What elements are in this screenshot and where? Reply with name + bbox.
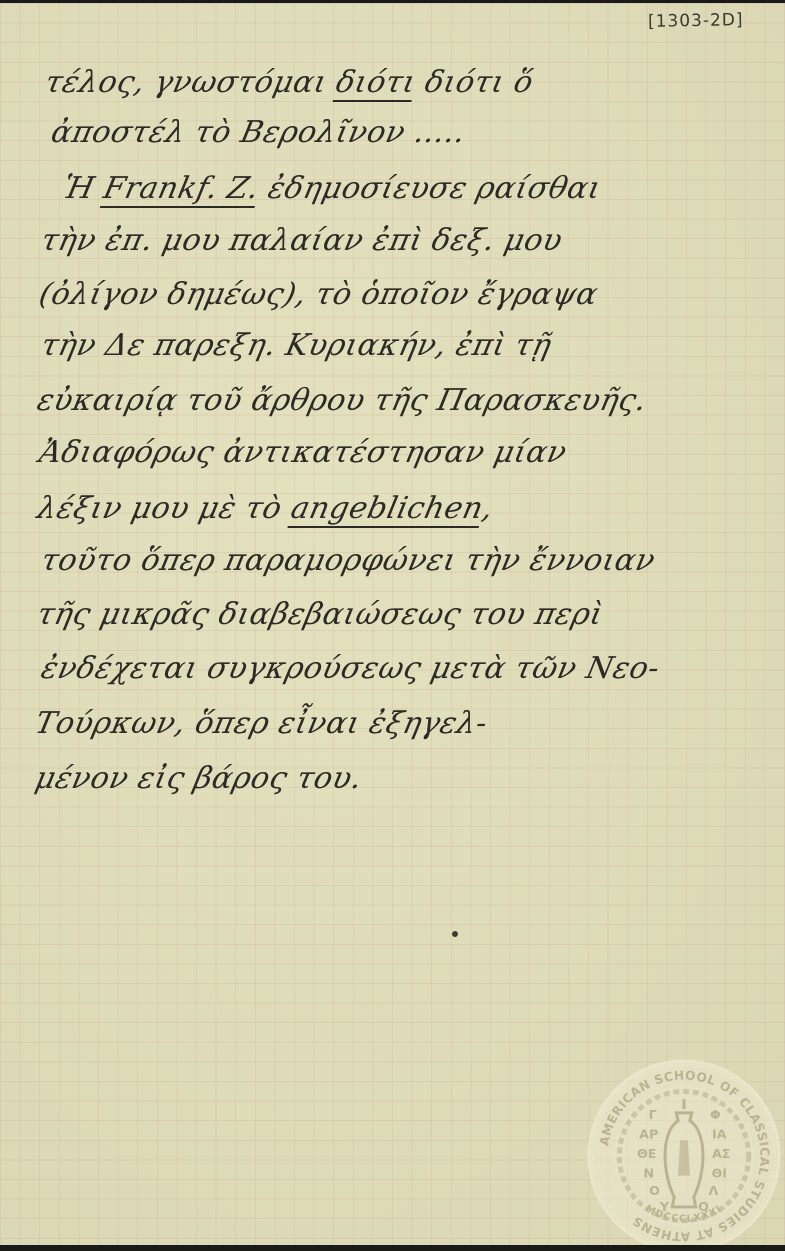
handwritten-line: λέξιν μου μὲ τὸ angeblichen, <box>34 491 497 526</box>
line-text: ἀποστέλ τὸ Βερολῖνον ..... <box>48 115 469 150</box>
document-page: [1303-2D] τέλος, γνωστόμαι διότι διότι ὅ… <box>0 3 785 1245</box>
line-text: λέξιν μου μὲ τὸ <box>34 491 295 526</box>
svg-text:Φ: Φ <box>710 1108 721 1123</box>
archive-reference-number: [1303-2D] <box>648 10 744 32</box>
line-text: Τούρκων, ὅπερ εἶναι ἐξηγελ- <box>32 706 491 741</box>
handwritten-line: τὴν Δε παρεξη. Κυριακήν, ἐπὶ τῇ <box>38 328 555 363</box>
line-text: Ἀδιαφόρως ἀντικατέστησαν μίαν <box>36 435 570 470</box>
line-text: ἐνδέχεται συγκρούσεως μετὰ τῶν Νεο- <box>38 651 663 686</box>
line-text: τὴν Δε παρεξη. Κυριακήν, ἐπὶ τῇ <box>38 328 555 363</box>
line-text-after: ἐδημοσίευσε ραίσθαι <box>255 171 605 206</box>
handwritten-line: Ἀδιαφόρως ἀντικατέστησαν μίαν <box>36 435 570 470</box>
svg-text:ΘΙ: ΘΙ <box>711 1167 727 1182</box>
handwritten-line: μένον εἰς βάρος του. <box>32 761 365 796</box>
handwritten-line: (ὀλίγον δημέως), τὸ ὁποῖον ἔγραψα <box>36 277 601 312</box>
line-text: τοῦτο ὅπερ παραμορφώνει τὴν ἔννοιαν <box>38 543 658 578</box>
underlined-word: Frankf. Z. <box>100 171 262 206</box>
line-text: (ὀλίγον δημέως), τὸ ὁποῖον ἔγραψα <box>36 277 601 312</box>
svg-text:ΘΕ: ΘΕ <box>637 1147 657 1162</box>
underlined-word: διότι <box>333 65 419 100</box>
svg-text:Λ: Λ <box>708 1184 718 1199</box>
svg-text:ΑΡ: ΑΡ <box>639 1127 658 1142</box>
handwritten-line: εὐκαιρίᾳ τοῦ ἄρθρου τῆς Παρασκευῆς. <box>34 383 650 418</box>
line-text: μένον εἰς βάρος του. <box>32 761 365 796</box>
svg-text:Ο: Ο <box>698 1200 709 1215</box>
handwritten-line: Ἡ Frankf. Z. ἐδημοσίευσε ραίσθαι <box>60 171 604 206</box>
handwritten-line: ἐνδέχεται συγκρούσεως μετὰ τῶν Νεο- <box>38 651 663 686</box>
handwritten-line: τῆς μικρᾶς διαβεβαιώσεως του περὶ <box>34 597 606 632</box>
line-text-after: διότι ὅ <box>412 65 537 100</box>
line-text: τὴν ἐπ. μου παλαίαν ἐπὶ δεξ. μου <box>38 223 566 258</box>
svg-text:Ο: Ο <box>649 1184 660 1199</box>
line-text: εὐκαιρίᾳ τοῦ ἄρθρου τῆς Παρασκευῆς. <box>34 383 650 418</box>
svg-text:ΑΣ: ΑΣ <box>712 1147 731 1162</box>
line-text: τῆς μικρᾶς διαβεβαιώσεως του περὶ <box>34 597 606 632</box>
line-text: τέλος, γνωστόμαι <box>42 65 340 100</box>
svg-text:Υ: Υ <box>659 1200 670 1215</box>
handwritten-line: τοῦτο ὅπερ παραμορφώνει τὴν ἔννοιαν <box>38 543 658 578</box>
ink-spot <box>452 931 458 937</box>
svg-text:Ν: Ν <box>643 1167 654 1182</box>
ascsa-seal-watermark: AMERICAN SCHOOL OF CLASSICAL STUDIES AT … <box>586 1058 782 1245</box>
svg-text:Γ: Γ <box>649 1108 657 1123</box>
handwritten-line: τὴν ἐπ. μου παλαίαν ἐπὶ δεξ. μου <box>38 223 566 258</box>
handwritten-line: ἀποστέλ τὸ Βερολῖνον ..... <box>48 115 469 150</box>
handwritten-line: Τούρκων, ὅπερ εἶναι ἐξηγελ- <box>32 706 491 741</box>
handwritten-line: τέλος, γνωστόμαι διότι διότι ὅ <box>42 65 537 100</box>
underlined-word: angeblichen <box>288 491 487 526</box>
svg-text:ΙΑ: ΙΑ <box>712 1127 727 1142</box>
